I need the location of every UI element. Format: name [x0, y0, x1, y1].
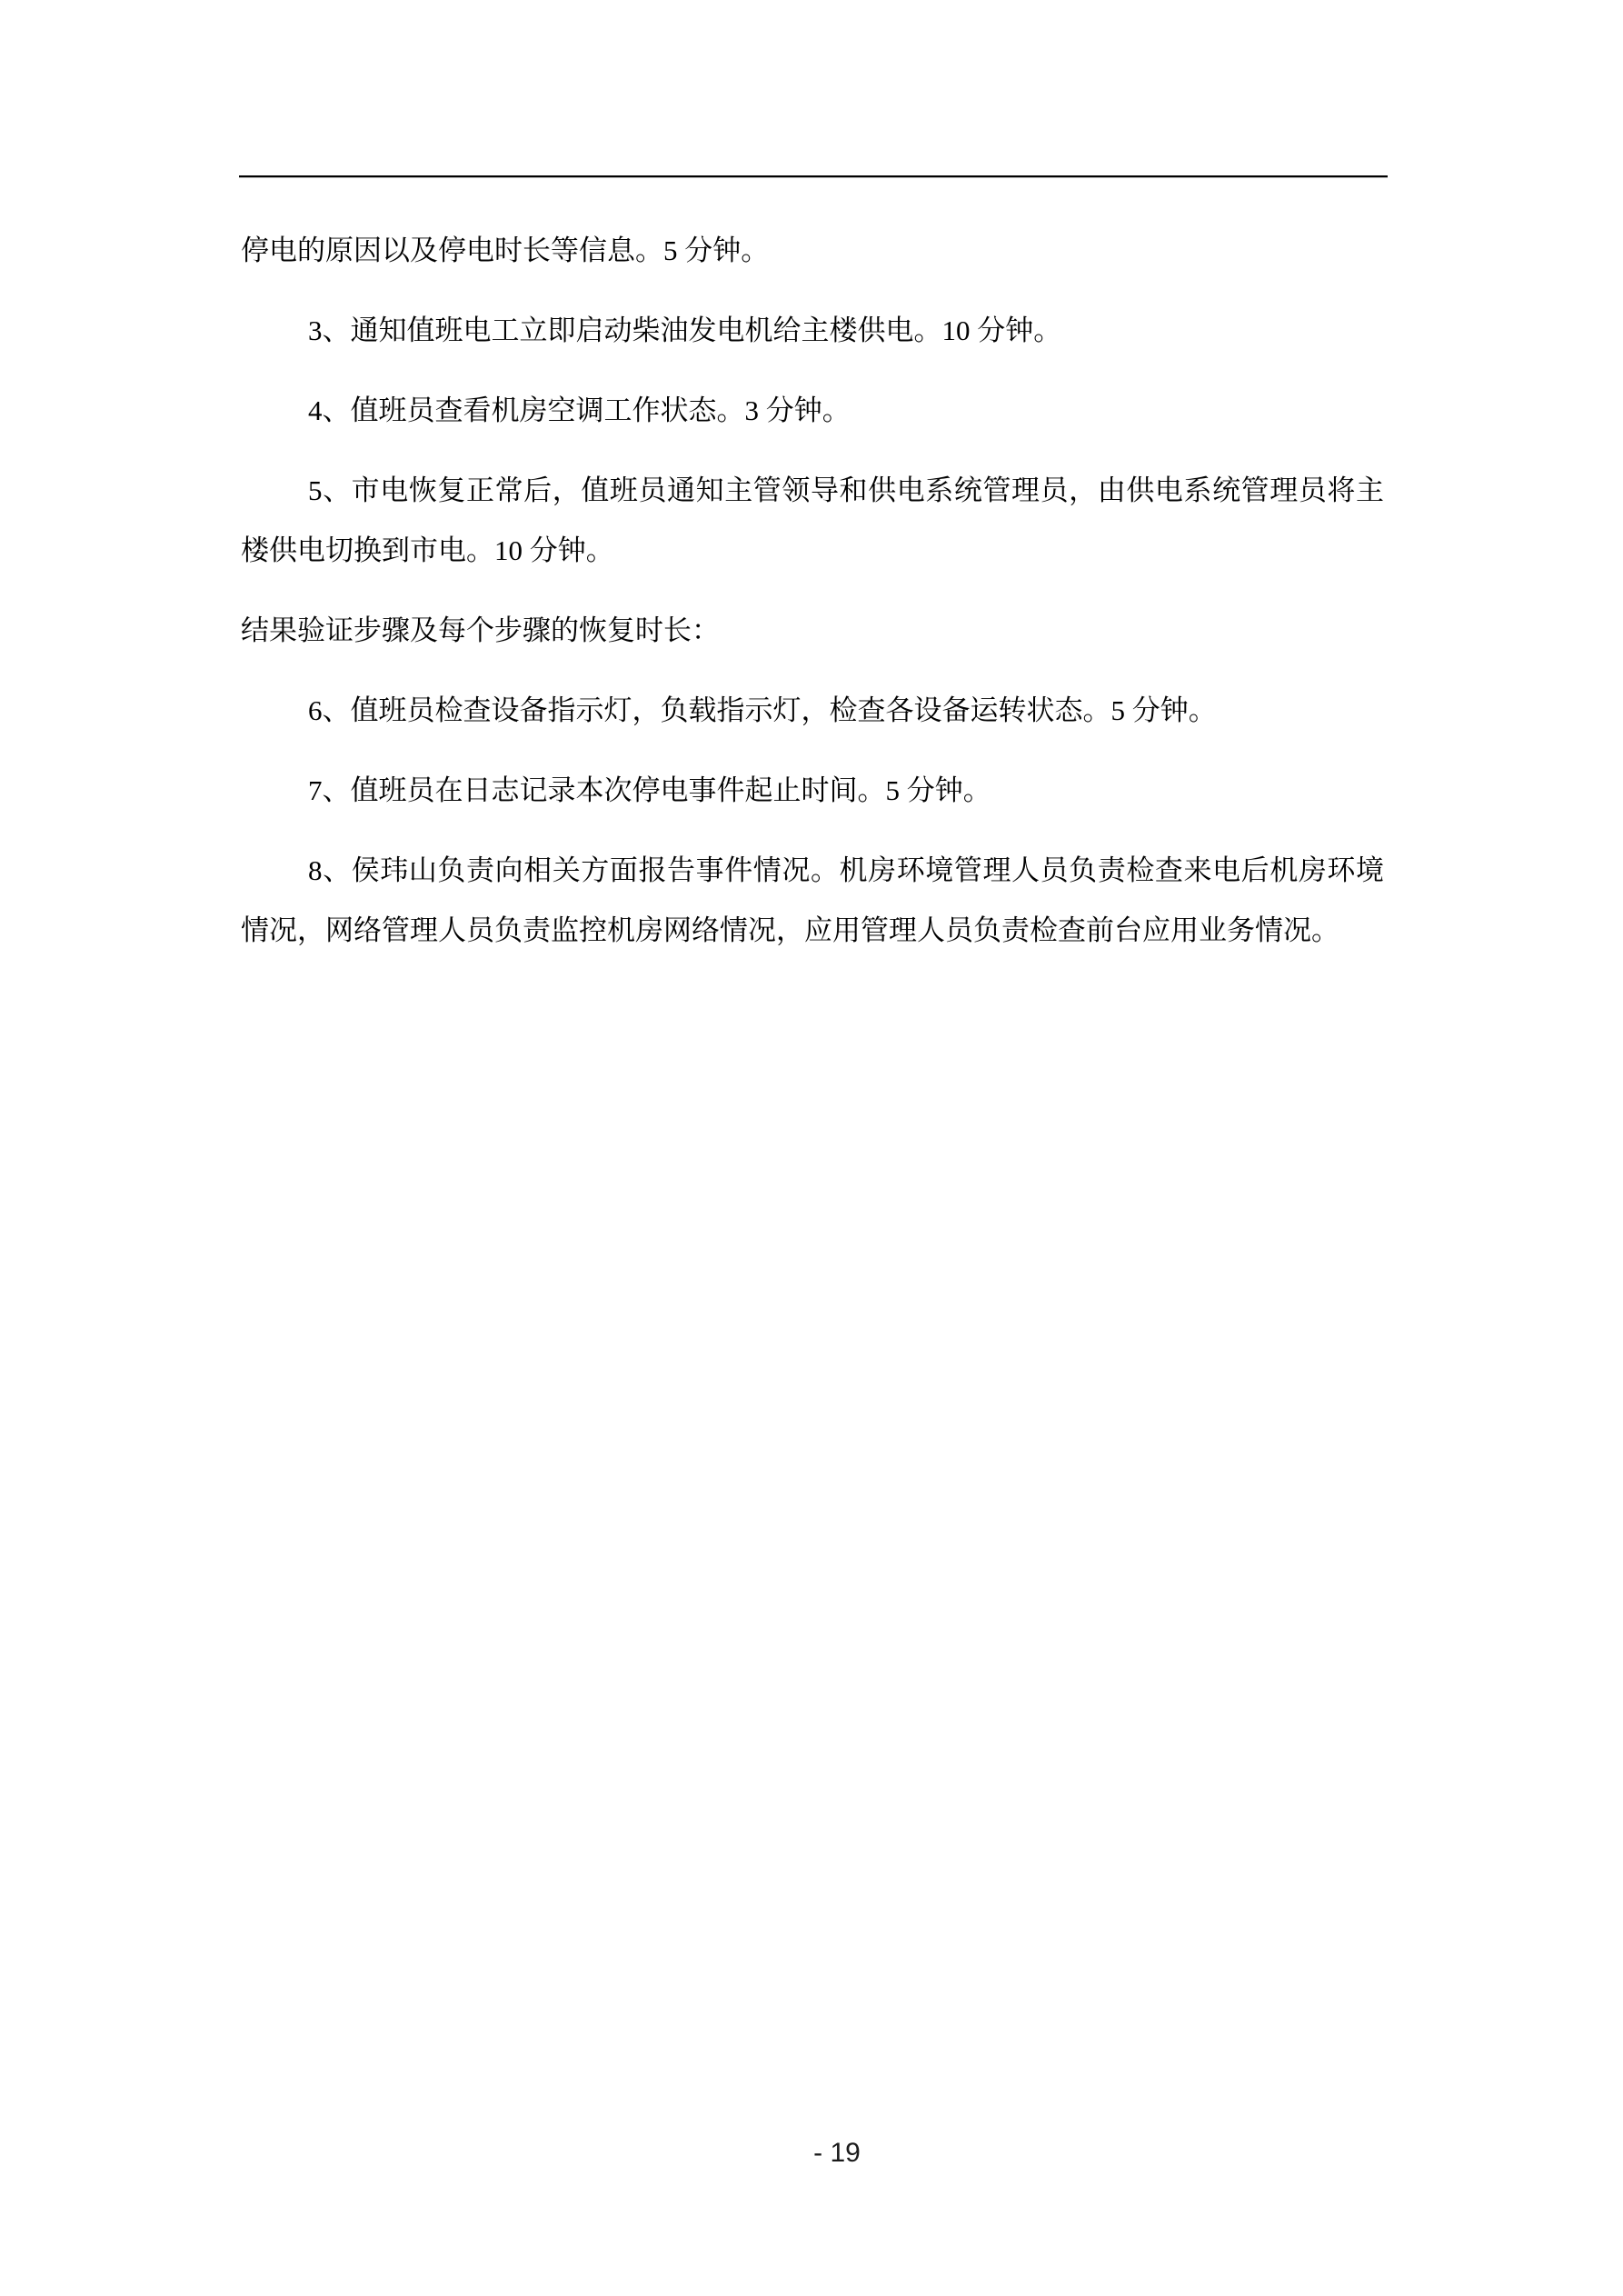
text-line: 3、通知值班电工立即启动柴油发电机给主楼供电。10 分钟。	[241, 301, 1384, 361]
text-line: 8、侯玮山负责向相关方面报告事件情况。机房环境管理人员负责检查来电后机房环境	[241, 841, 1384, 901]
text-line: 楼供电切换到市电。10 分钟。	[241, 521, 1384, 581]
text-line: 停电的原因以及停电时长等信息。5 分钟。	[241, 221, 1384, 281]
text-line: 结果验证步骤及每个步骤的恢复时长：	[241, 601, 1384, 661]
paragraph: 8、侯玮山负责向相关方面报告事件情况。机房环境管理人员负责检查来电后机房环境情况…	[241, 841, 1384, 961]
document-page: 停电的原因以及停电时长等信息。5 分钟。3、通知值班电工立即启动柴油发电机给主楼…	[0, 0, 1623, 2296]
paragraph: 7、值班员在日志记录本次停电事件起止时间。5 分钟。	[241, 761, 1384, 821]
text-line: 4、值班员查看机房空调工作状态。3 分钟。	[241, 381, 1384, 441]
text-line: 情况，网络管理人员负责监控机房网络情况，应用管理人员负责检查前台应用业务情况。	[241, 901, 1384, 961]
paragraph: 6、值班员检查设备指示灯，负载指示灯，检查各设备运转状态。5 分钟。	[241, 681, 1384, 741]
paragraph: 3、通知值班电工立即启动柴油发电机给主楼供电。10 分钟。	[241, 301, 1384, 361]
paragraph: 结果验证步骤及每个步骤的恢复时长：	[241, 601, 1384, 661]
paragraph: 停电的原因以及停电时长等信息。5 分钟。	[241, 221, 1384, 281]
document-body: 停电的原因以及停电时长等信息。5 分钟。3、通知值班电工立即启动柴油发电机给主楼…	[241, 221, 1384, 981]
header-divider	[239, 175, 1388, 178]
paragraph: 4、值班员查看机房空调工作状态。3 分钟。	[241, 381, 1384, 441]
page-number: - 19	[25, 2138, 1623, 2169]
text-line: 7、值班员在日志记录本次停电事件起止时间。5 分钟。	[241, 761, 1384, 821]
text-line: 6、值班员检查设备指示灯，负载指示灯，检查各设备运转状态。5 分钟。	[241, 681, 1384, 741]
paragraph: 5、市电恢复正常后，值班员通知主管领导和供电系统管理员，由供电系统管理员将主楼供…	[241, 461, 1384, 581]
text-line: 5、市电恢复正常后，值班员通知主管领导和供电系统管理员，由供电系统管理员将主	[241, 461, 1384, 521]
